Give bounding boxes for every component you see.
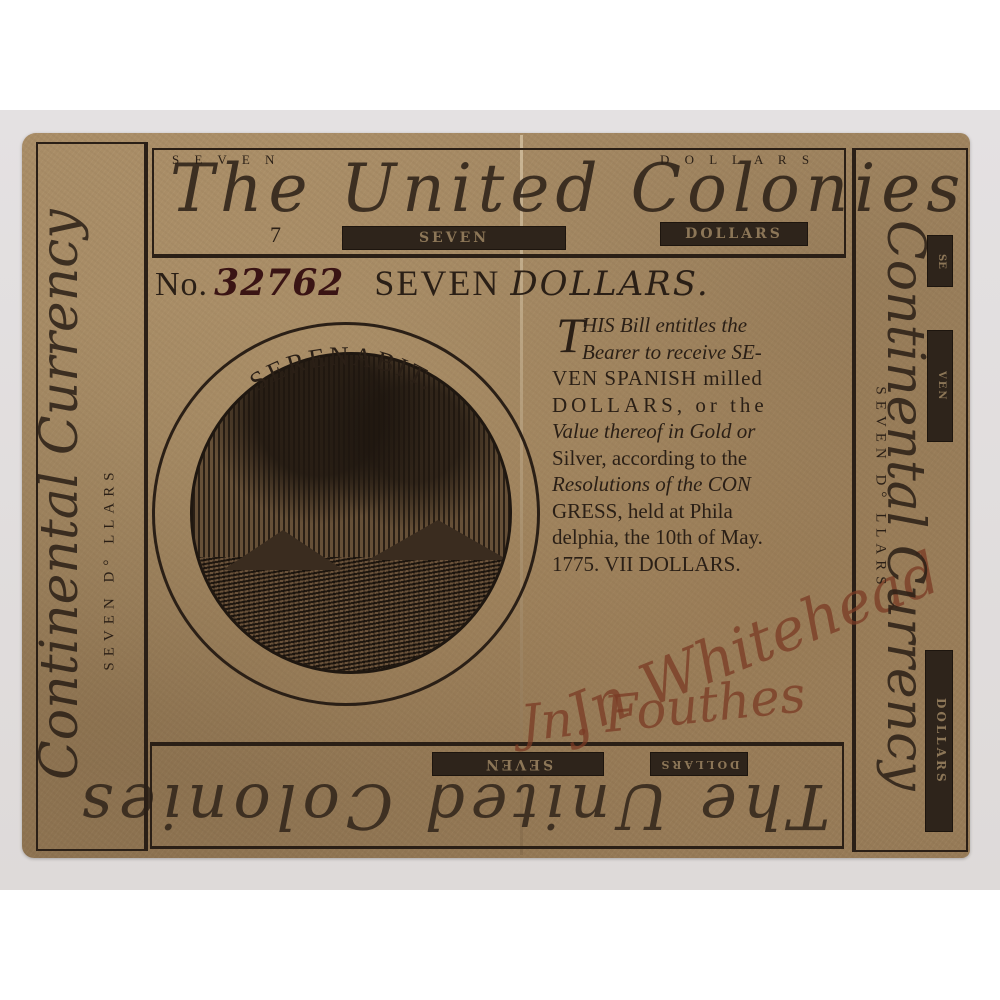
right-box-se: SE bbox=[927, 235, 953, 287]
denomination-print: SEVEN bbox=[374, 263, 500, 303]
header-box-dollars: DOLLARS bbox=[660, 222, 808, 246]
promise-line: Bearer to receive SE- bbox=[552, 339, 848, 366]
header-box-seven: SEVEN bbox=[342, 226, 566, 250]
promise-line: Resolutions of the CON bbox=[552, 471, 848, 498]
footer-script-inverted: The United Colonies bbox=[170, 770, 830, 843]
serial-number: 32762 bbox=[214, 262, 344, 304]
svg-text:SERENABIT.: SERENABIT. bbox=[244, 341, 442, 397]
left-border-caps: SEVEN D° LLARS bbox=[102, 429, 119, 709]
promise-text: HIS Bill entitles the Bearer to receive … bbox=[552, 312, 848, 577]
promise-line: VEN SPANISH milled bbox=[552, 365, 848, 392]
promise-line: HIS Bill entitles the bbox=[552, 312, 848, 339]
header-small-caps-left: S E V E N bbox=[172, 152, 280, 168]
right-box-dollars: DOLLARS bbox=[925, 650, 953, 832]
promise-line: DOLLARS, or the bbox=[552, 392, 848, 419]
left-border-script: Continental Currency bbox=[30, 220, 90, 780]
serial-row: No.32762SEVENDOLLARS. bbox=[155, 262, 845, 302]
footer-box-seven: SEVEN bbox=[432, 752, 604, 776]
promise-line: Silver, according to the bbox=[552, 445, 848, 472]
right-box-ven: VEN bbox=[927, 330, 953, 442]
promise-line: Value thereof in Gold or bbox=[552, 418, 848, 445]
promise-line: GRESS, held at Phila bbox=[552, 498, 848, 525]
denomination-script: DOLLARS. bbox=[510, 264, 709, 304]
header-small-caps-right: D O L L A R S bbox=[660, 152, 815, 168]
seal-motto: SERENABIT. bbox=[152, 322, 534, 700]
promise-line: 1775. VII DOLLARS. bbox=[552, 551, 848, 578]
serial-label: No. bbox=[155, 266, 208, 303]
promise-line: delphia, the 10th of May. bbox=[552, 524, 848, 551]
footer-box-dollars: DOLLARS bbox=[650, 752, 748, 776]
header-number: 7 bbox=[270, 222, 281, 248]
right-border-caps: SEVEN D° LLARS bbox=[872, 349, 889, 629]
